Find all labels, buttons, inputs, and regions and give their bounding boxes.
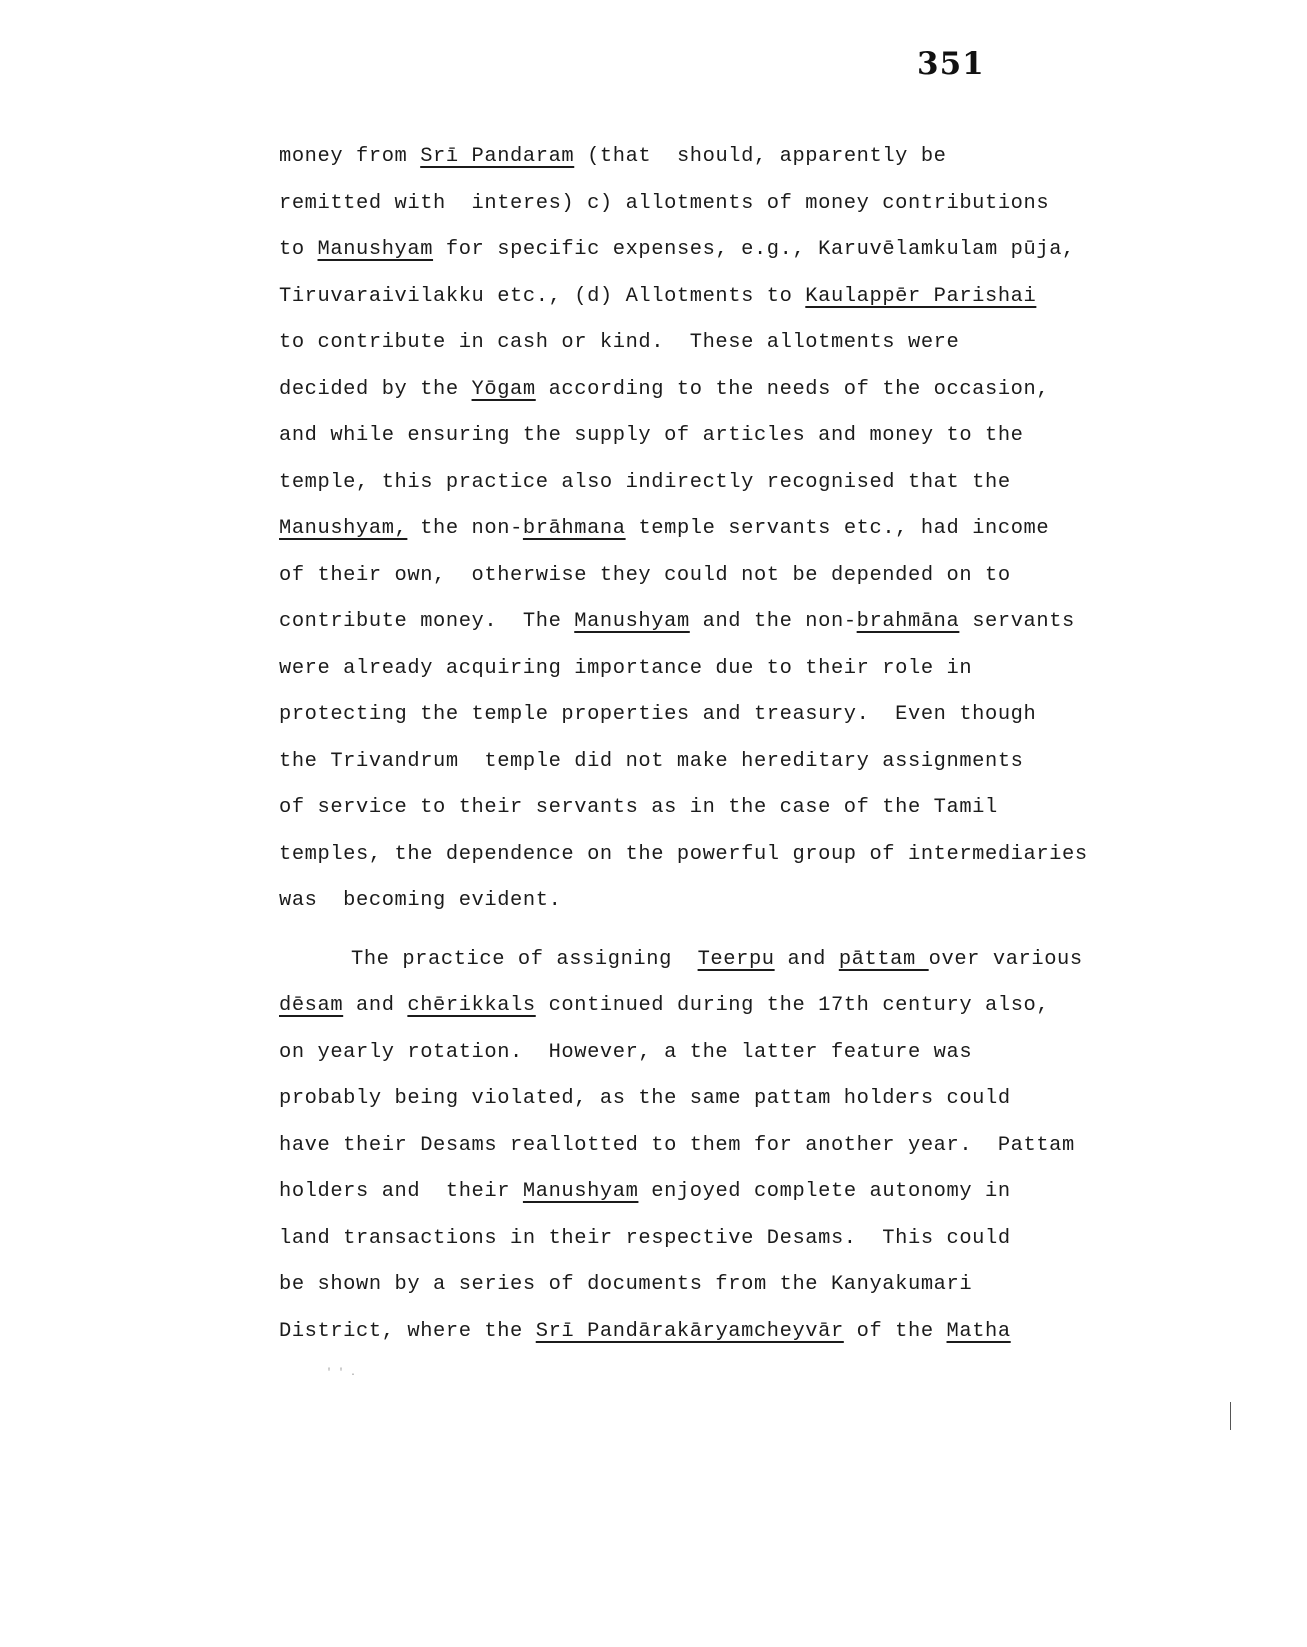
text-line: The practice of assigning Teerpu and pāt… <box>279 942 1239 989</box>
text-line: remitted with interes) c) allotments of … <box>279 186 1239 233</box>
text-run: holders and their <box>279 1180 523 1203</box>
text-line: holders and their Manushyam enjoyed comp… <box>279 1174 1239 1221</box>
text-line: have their Desams reallotted to them for… <box>279 1128 1239 1175</box>
underlined-term: Manushyam <box>318 238 434 261</box>
text-line: protecting the temple properties and tre… <box>279 697 1239 744</box>
text-run: of their own, otherwise they could not b… <box>279 564 1011 587</box>
text-run: decided by the <box>279 378 472 401</box>
underlined-term: Srī Pandārakāryamcheyvār <box>536 1320 844 1343</box>
text-run: Tiruvaraivilakku etc., (d) Allotments to <box>279 285 805 308</box>
text-line: be shown by a series of documents from t… <box>279 1267 1239 1314</box>
text-line: Manushyam, the non-brāhmana temple serva… <box>279 511 1239 558</box>
text-line: temple, this practice also indirectly re… <box>279 465 1239 512</box>
text-run: remitted with interes) c) allotments of … <box>279 192 1049 215</box>
text-line: on yearly rotation. However, a the latte… <box>279 1035 1239 1082</box>
text-run: continued during the 17th century also, <box>536 994 1049 1017</box>
text-run: (that should, apparently be <box>574 145 946 168</box>
text-run: protecting the temple properties and tre… <box>279 703 1036 726</box>
underlined-term: chērikkals <box>407 994 535 1017</box>
underlined-term: Yōgam <box>472 378 536 401</box>
underlined-term: Manushyam, <box>279 517 407 540</box>
underlined-term: brahmāna <box>857 610 960 633</box>
text-line: Tiruvaraivilakku etc., (d) Allotments to… <box>279 279 1239 326</box>
text-line: of their own, otherwise they could not b… <box>279 558 1239 605</box>
text-line: and while ensuring the supply of article… <box>279 418 1239 465</box>
text-run: to <box>279 238 318 261</box>
text-run: and <box>343 994 407 1017</box>
text-run: and the non- <box>690 610 857 633</box>
underlined-term: brāhmana <box>523 517 626 540</box>
text-run: and while ensuring the supply of article… <box>279 424 1024 447</box>
paragraph-gap <box>279 930 1239 942</box>
text-line: decided by the Yōgam according to the ne… <box>279 372 1239 419</box>
text-run: be shown by a series of documents from t… <box>279 1273 972 1296</box>
margin-mark <box>1230 1402 1231 1430</box>
underlined-term: Manushyam <box>523 1180 639 1203</box>
text-run: was becoming evident. <box>279 889 561 912</box>
text-run: the Trivandrum temple did not make hered… <box>279 750 1024 773</box>
text-run: of service to their servants as in the c… <box>279 796 998 819</box>
text-run: and <box>775 948 839 971</box>
text-run: have their Desams reallotted to them for… <box>279 1134 1075 1157</box>
text-line: probably being violated, as the same pat… <box>279 1081 1239 1128</box>
underlined-term: Manushyam <box>574 610 690 633</box>
text-run: to contribute in cash or kind. These all… <box>279 331 959 354</box>
text-line: of service to their servants as in the c… <box>279 790 1239 837</box>
underlined-term: dēsam <box>279 994 343 1017</box>
page-number: 351 <box>917 46 985 82</box>
underlined-term: Matha <box>947 1320 1011 1343</box>
text-run: over various <box>929 948 1083 971</box>
text-run: of the <box>844 1320 947 1343</box>
text-run: temples, the dependence on the powerful … <box>279 843 1088 866</box>
underlined-term: Teerpu <box>698 948 775 971</box>
text-run: on yearly rotation. However, a the latte… <box>279 1041 972 1064</box>
text-line: the Trivandrum temple did not make hered… <box>279 744 1239 791</box>
text-run: contribute money. The <box>279 610 574 633</box>
text-run: probably being violated, as the same pat… <box>279 1087 1011 1110</box>
text-run: were already acquiring importance due to… <box>279 657 972 680</box>
text-line: temples, the dependence on the powerful … <box>279 837 1239 884</box>
text-run: servants <box>959 610 1075 633</box>
text-run: for specific expenses, e.g., Karuvēlamku… <box>433 238 1075 261</box>
text-run: District, where the <box>279 1320 536 1343</box>
underlined-term: pāttam <box>839 948 929 971</box>
text-run: land transactions in their respective De… <box>279 1227 1011 1250</box>
paragraph: The practice of assigning Teerpu and pāt… <box>279 942 1239 1361</box>
text-line: money from Srī Pandaram (that should, ap… <box>279 139 1239 186</box>
text-run: temple, this practice also indirectly re… <box>279 471 1011 494</box>
text-line: were already acquiring importance due to… <box>279 651 1239 698</box>
text-line: land transactions in their respective De… <box>279 1221 1239 1268</box>
text-line: was becoming evident. <box>279 883 1239 930</box>
text-run: enjoyed complete autonomy in <box>638 1180 1010 1203</box>
text-run: The practice of assigning <box>351 948 698 971</box>
text-line: District, where the Srī Pandārakāryamche… <box>279 1314 1239 1361</box>
text-line: contribute money. The Manushyam and the … <box>279 604 1239 651</box>
scan-artifact: ' ' . <box>326 1368 356 1379</box>
text-line: to contribute in cash or kind. These all… <box>279 325 1239 372</box>
underlined-term: Kaulappēr Parishai <box>805 285 1036 308</box>
text-run: money from <box>279 145 420 168</box>
underlined-term: Srī Pandaram <box>420 145 574 168</box>
text-line: dēsam and chērikkals continued during th… <box>279 988 1239 1035</box>
paragraph: money from Srī Pandaram (that should, ap… <box>279 139 1239 930</box>
text-run: according to the needs of the occasion, <box>536 378 1049 401</box>
document-body: money from Srī Pandaram (that should, ap… <box>279 139 1239 1360</box>
text-run: the non- <box>407 517 523 540</box>
text-run: temple servants etc., had income <box>626 517 1050 540</box>
text-line: to Manushyam for specific expenses, e.g.… <box>279 232 1239 279</box>
